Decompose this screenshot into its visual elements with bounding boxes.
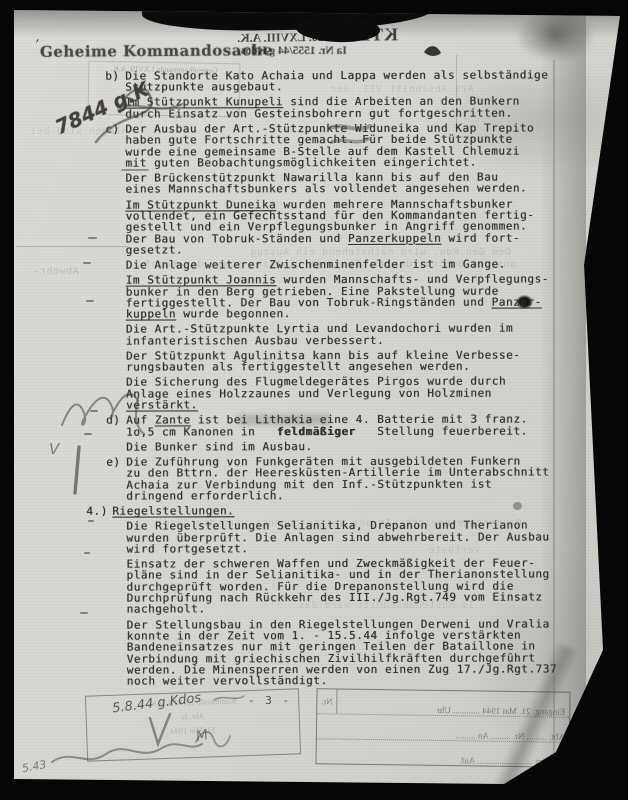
typed-line: noch weiter vervollständigt. xyxy=(127,675,593,688)
receipt-stamp-box: Eingang: 21. Mai 1944 ............ Uhr N… xyxy=(315,688,570,768)
typed-line: mit guten Beobachtungsmöglichkeiten eing… xyxy=(125,156,591,169)
ghost-line: Dem Gen.Kdo. wird nachstehend ein Auszug xyxy=(250,247,511,258)
paragraph-marker: e) xyxy=(106,456,120,467)
margin-dash xyxy=(86,300,94,302)
paragraph-marker: d) xyxy=(106,415,120,426)
reference-number-bleed: Ia Nr. 1555/44 g.Kdos. xyxy=(238,45,347,57)
paragraph: Die Art.-Stützpunkte Lyrtia und Levandoc… xyxy=(106,323,592,347)
paragraph: Die Sicherung des Flugmeldegerätes Pirgo… xyxy=(106,376,592,411)
paragraph: e)Die Zuführung von Funkgeräten mit ausg… xyxy=(106,455,592,502)
typed-line: eines Mannschaftsbunkers als vollendet a… xyxy=(125,183,591,196)
paragraph: Der Brückenstützpunkt Nawarilla kann bis… xyxy=(105,172,591,196)
margin-dash xyxy=(83,262,91,264)
margin-dash xyxy=(84,433,92,435)
scanned-document-photo: KTB der Kdo. LXVIII. A.K. Geheime Komman… xyxy=(0,0,628,800)
receipt-row-text: Abt. ......... Nr. ......... An ........… xyxy=(455,730,565,742)
unit-stamp-box: Kommando LXVIII. A.K. Abt. Ia 13. Mai 19… xyxy=(85,688,301,761)
ink-mark xyxy=(424,46,441,56)
ghost-line: Im Küstenabschnitt wird das xyxy=(298,600,474,611)
corner-smudge xyxy=(515,8,595,62)
margin-dash xyxy=(88,237,97,239)
typed-line: verstärkt. xyxy=(126,398,592,411)
paragraph: Die Bunker sind im Ausbau. xyxy=(106,440,592,453)
receipt-row-text: Erledigt ......................... Auf. xyxy=(459,755,565,766)
handwriting-checkmark: V xyxy=(49,440,59,458)
receipt-stamp-row: Abt. ......... Nr. ......... An ........… xyxy=(317,714,569,743)
margin-dash xyxy=(84,552,90,554)
ghost-line: Abwehr- xyxy=(33,266,79,277)
paragraph-marker: 4.) xyxy=(86,506,108,517)
receipt-stamp-row: Erledigt ......................... Auf. xyxy=(316,739,568,767)
unit-stamp-line: 13. Mai 1944 xyxy=(87,721,299,738)
paragraph-marker: b) xyxy=(105,71,119,82)
paragraph: c)Der Ausbau der Art.-Stützpunkte Widune… xyxy=(105,122,591,169)
receipt-stamp-row: Eingang: 21. Mai 1944 ............ Uhr N… xyxy=(317,689,569,718)
paragraph: d)Auf Zante ist bei Lithakia eine 4. Bat… xyxy=(106,414,592,438)
margin-dash xyxy=(90,410,98,412)
paragraph: Der Stellungsbau in den Riegelstellungen… xyxy=(107,618,593,687)
ghost-line: Art.Abschnitt VII. der xyxy=(330,84,473,95)
typed-line: 1o,5 cm Kanonen in feldmäßiger Stellung … xyxy=(126,425,592,438)
receipt-row-text: Eingang: 21. Mai 1944 ............ Uhr xyxy=(437,705,566,717)
margin-dash xyxy=(80,612,88,614)
margin-dash xyxy=(88,520,94,522)
typed-line: Die Bunker sind im Ausbau. xyxy=(126,440,592,453)
paper-page: KTB der Kdo. LXVIII. A.K. Geheime Komman… xyxy=(0,0,628,800)
typed-line: rungsbauten als fertiggestellt angesehen… xyxy=(126,361,592,374)
typed-text-block: b)Die Standorte Kato Achaia und Lappa we… xyxy=(105,69,593,691)
typed-line: Riegelstellungen. xyxy=(112,504,592,517)
handwriting-tick: , xyxy=(36,30,40,45)
paragraph: Im Stützpunkt Kunupeli sind die Arbeiten… xyxy=(105,96,591,120)
typed-line: infanteristischen Ausbau verbessert. xyxy=(126,334,592,347)
paragraph: Der Stützpunkt Agulinitsa kann bis auf k… xyxy=(106,349,592,373)
ghost-line: Bandenlage Korinth. In der Westpeloponne… xyxy=(150,518,522,529)
typed-line: kuppeln wurde begonnen. xyxy=(126,308,592,321)
typed-line: dringend erforderlich. xyxy=(126,489,592,502)
receipt-nr-cell: Nr. xyxy=(321,689,338,713)
paragraph: 4.)Riegelstellungen. xyxy=(106,504,592,517)
margin-bar xyxy=(75,447,79,493)
paragraph: Im Stützpunkt Joannis wurden Mannschafts… xyxy=(106,274,592,321)
typed-line: durch Einsatz von Gesteinsbohrern gut fo… xyxy=(125,107,591,120)
handwriting-corner-note: 5.43 xyxy=(21,758,47,775)
ghost-line: Verluste xyxy=(428,545,480,556)
ghost-line: aus dem Bericht der 41. Festungs-Divisio… xyxy=(138,259,516,270)
typed-line: wird fortgesetzt. xyxy=(126,542,592,555)
